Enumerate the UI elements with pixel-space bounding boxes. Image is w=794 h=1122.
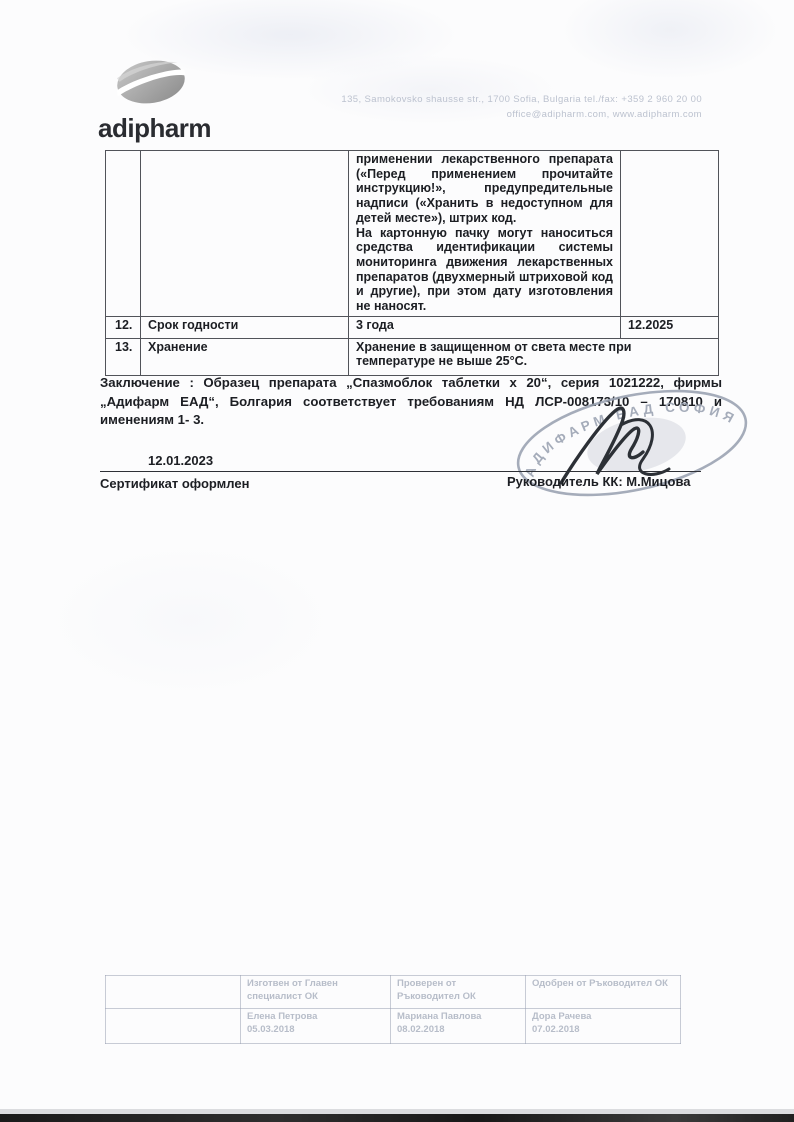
scan-smudge: [40, 540, 340, 700]
footer-name: Дора Рачева: [532, 1011, 674, 1024]
cell-row-number: 13.: [106, 338, 141, 375]
footer-name: Мариана Павлова: [397, 1011, 519, 1024]
cell-storage-label: Хранение: [141, 338, 349, 375]
scanned-certificate-page: adipharm 135, Samokovsko shausse str., 1…: [0, 0, 794, 1122]
cell-shelf-life-value: 3 года: [349, 316, 621, 338]
cell-empty-num: [106, 151, 141, 317]
cell-storage-value: Хранение в защищенном от света месте при…: [349, 338, 719, 375]
footer-data-cell: Дора Рачева 07.02.2018: [526, 1009, 681, 1044]
table-row-storage: 13. Хранение Хранение в защищенном от св…: [106, 338, 719, 375]
scan-page-edge: [0, 1114, 794, 1122]
footer-data-cell: [106, 1009, 241, 1044]
footer-header-cell: Изготвен от Главен специалист ОК: [241, 976, 391, 1009]
footer-name: Елена Петрова: [247, 1011, 384, 1024]
footer-header-row: Изготвен от Главен специалист ОК Провере…: [106, 976, 681, 1009]
company-address: 135, Samokovsko shausse str., 1700 Sofia…: [262, 92, 702, 122]
footer-data-cell: Елена Петрова 05.03.2018: [241, 1009, 391, 1044]
cell-row-number: 12.: [106, 316, 141, 338]
certificate-issued-label: Сертификат оформлен: [100, 476, 249, 491]
cell-shelf-life-label: Срок годности: [141, 316, 349, 338]
footer-approval-table: Изготвен от Главен специалист ОК Провере…: [105, 975, 681, 1044]
packaging-paragraph-1: применении лекарственного препарата («Пе…: [356, 152, 613, 226]
spec-table: применении лекарственного препарата («Пе…: [105, 150, 719, 376]
footer-data-row: Елена Петрова 05.03.2018 Мариана Павлова…: [106, 1009, 681, 1044]
cell-empty-extra: [621, 151, 719, 317]
address-line-1: 135, Samokovsko shausse str., 1700 Sofia…: [262, 92, 702, 107]
table-row-shelf-life: 12. Срок годности 3 года 12.2025: [106, 316, 719, 338]
conclusion-label: Заключение :: [100, 375, 194, 390]
cell-expiry-date: 12.2025: [621, 316, 719, 338]
footer-date: 08.02.2018: [397, 1024, 519, 1037]
qc-head-label: Руководитель КК: М.Мицова: [507, 474, 691, 489]
footer-date: 05.03.2018: [247, 1024, 384, 1037]
certificate-date: 12.01.2023: [148, 453, 213, 468]
address-line-2: office@adipharm.com, www.adipharm.com: [262, 107, 702, 122]
footer-data-cell: Мариана Павлова 08.02.2018: [391, 1009, 526, 1044]
table-row-continuation: применении лекарственного препарата («Пе…: [106, 151, 719, 317]
packaging-paragraph-2: На картонную пачку могут наноситься сред…: [356, 226, 613, 314]
scan-smudge: [560, 0, 780, 80]
cell-empty-label: [141, 151, 349, 317]
footer-header-cell: Проверен от Ръководител ОК: [391, 976, 526, 1009]
pill-logo-icon: [112, 55, 190, 111]
cell-packaging-text: применении лекарственного препарата («Пе…: [349, 151, 621, 317]
footer-date: 07.02.2018: [532, 1024, 674, 1037]
footer-header-cell: Одобрен от Ръководител ОК: [526, 976, 681, 1009]
signature-line: [100, 471, 701, 472]
footer-header-cell: [106, 976, 241, 1009]
